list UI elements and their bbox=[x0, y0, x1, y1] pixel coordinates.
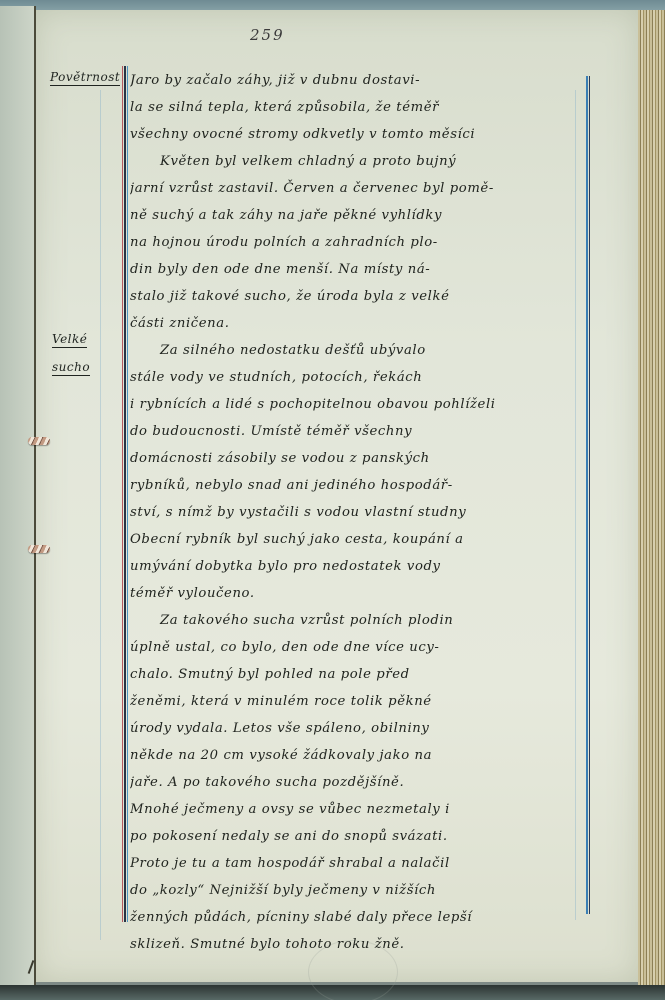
text-line: domácnosti zásobily se vodou z panských bbox=[130, 444, 582, 474]
text-line: úplně ustal, co bylo, den ode dne více u… bbox=[130, 633, 582, 663]
text-line: do „kozly“ Nejnižší byly ječmeny v nižší… bbox=[130, 876, 582, 906]
right-rule-dark bbox=[589, 76, 590, 914]
text-line: ně suchý a tak záhy na jaře pěkné vyhlíd… bbox=[130, 201, 582, 231]
text-line: la se silná tepla, která způsobila, že t… bbox=[130, 93, 582, 123]
text-line: umývání dobytka bylo pro nedostatek vody bbox=[130, 552, 582, 582]
text-line: do budoucnosti. Umístě téměř všechny bbox=[130, 417, 582, 447]
margin-note-drought: sucho bbox=[52, 360, 90, 376]
text-line: úrody vydala. Letos vše spáleno, obilnin… bbox=[130, 714, 582, 744]
text-line: i rybnících a lidé s pochopitelnou obavo… bbox=[130, 390, 582, 420]
text-line: Obecní rybník byl suchý jako cesta, koup… bbox=[130, 525, 582, 555]
text-line: téměř vyloučeno. bbox=[130, 579, 582, 609]
text-line: ství, s nímž by vystačili s vodou vlastn… bbox=[130, 498, 582, 528]
text-line: Jaro by začalo záhy, již v dubnu dostavi… bbox=[130, 66, 582, 96]
text-line: Za takového sucha vzrůst polních plodin bbox=[130, 606, 582, 636]
text-line: Proto je tu a tam hospodář shrabal a nal… bbox=[130, 849, 582, 879]
text-line: všechny ovocné stromy odkvetly v tomto m… bbox=[130, 120, 582, 150]
text-line: rybníků, nebylo snad ani jediného hospod… bbox=[130, 471, 582, 501]
text-line: Květen byl velkem chladný a proto bujný bbox=[130, 147, 582, 177]
margin-rule-red bbox=[122, 66, 123, 922]
page-number: 259 bbox=[250, 26, 285, 44]
binding-thread-icon bbox=[28, 437, 50, 445]
text-line: jaře. A po takového sucha pozdějšíně. bbox=[130, 768, 582, 798]
text-line: sklizeň. Smutné bylo tohoto roku žně. bbox=[130, 930, 582, 960]
text-line: někde na 20 cm vysoké žádkovaly jako na bbox=[130, 741, 582, 771]
text-line: Za silného nedostatku dešťů ubývalo bbox=[130, 336, 582, 366]
margin-note-weather: Povětrnost bbox=[50, 70, 120, 86]
text-line: stalo již takové sucho, že úroda byla z … bbox=[130, 282, 582, 312]
text-line: ženěmi, která v minulém roce tolik pěkné bbox=[130, 687, 582, 717]
right-rule-blue bbox=[586, 76, 588, 914]
text-line: ženných půdách, pícniny slabé daly přece… bbox=[130, 903, 582, 933]
text-line: chalo. Smutný byl pohled na pole před bbox=[130, 660, 582, 690]
margin-rule-dark bbox=[124, 66, 126, 922]
text-line: stále vody ve studních, potocích, řekách bbox=[130, 363, 582, 393]
text-line: po pokosení nedaly se ani do snopů sváza… bbox=[130, 822, 582, 852]
faint-guide-line bbox=[100, 90, 101, 940]
facing-page-edge bbox=[0, 6, 36, 986]
text-line: jarní vzrůst zastavil. Červen a červenec… bbox=[130, 174, 582, 204]
binding-thread-icon bbox=[28, 545, 50, 553]
margin-rule-blue bbox=[127, 66, 128, 922]
text-line: části zničena. bbox=[130, 309, 582, 339]
margin-note-great: Velké bbox=[52, 332, 87, 348]
book-page-edges bbox=[638, 10, 665, 985]
text-line: din byly den ode dne menší. Na místy ná- bbox=[130, 255, 582, 285]
text-line: na hojnou úrodu polních a zahradních plo… bbox=[130, 228, 582, 258]
text-line: Mnohé ječmeny a ovsy se vůbec nezmetaly … bbox=[130, 795, 582, 825]
